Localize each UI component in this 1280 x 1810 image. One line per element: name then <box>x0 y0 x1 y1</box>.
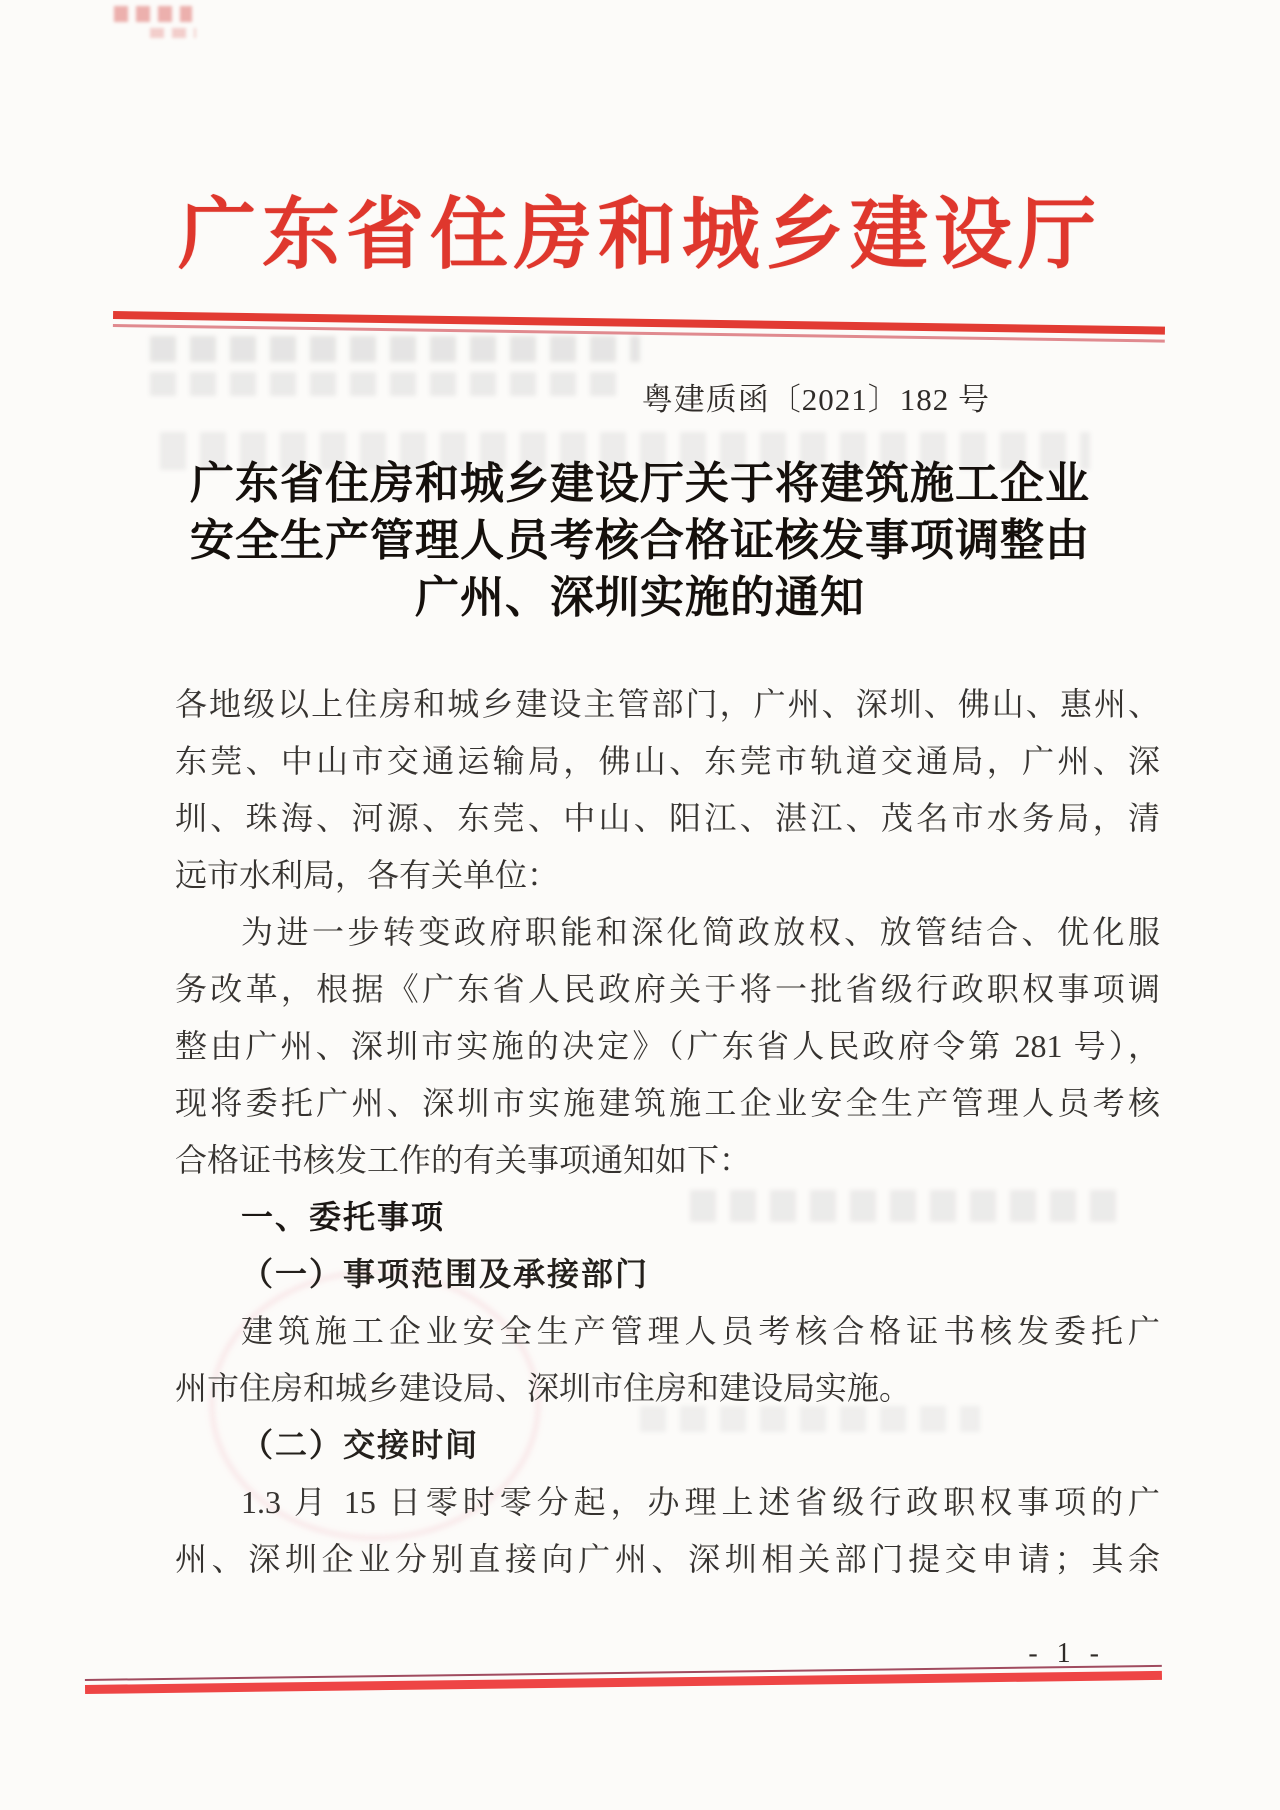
body-line: 1.3 月 15 日零时零分起，办理上述省级行政职权事项的广 <box>175 1474 1160 1531</box>
body-line: 各地级以上住房和城乡建设主管部门，广州、深圳、佛山、惠州、 <box>175 676 1160 733</box>
body-line: 为进一步转变政府职能和深化简政放权、放管结合、优化服 <box>175 904 1160 961</box>
body-line: 州市住房和城乡建设局、深圳市住房和建设局实施。 <box>175 1360 1160 1417</box>
body-line: 现将委托广州、深圳市实施建筑施工企业安全生产管理人员考核 <box>175 1075 1160 1132</box>
bleed-through-artifact <box>150 336 640 362</box>
body-line: 东莞、中山市交通运输局，佛山、东莞市轨道交通局，广州、深 <box>175 733 1160 790</box>
document-reference-number: 粤建质函〔2021〕182 号 <box>115 374 1165 419</box>
notice-title-line-1: 广东省住房和城乡建设厅关于将建筑施工企业 <box>115 455 1165 512</box>
notice-title-line-3: 广州、深圳实施的通知 <box>115 569 1165 626</box>
footer-rule-thick <box>85 1671 1162 1694</box>
body-line: （二）交接时间 <box>175 1417 1160 1474</box>
body-line: 务改革，根据《广东省人民政府关于将一批省级行政职权事项调 <box>175 961 1160 1018</box>
body-line: 一、委托事项 <box>175 1189 1160 1246</box>
scanned-document-page: 广东省住房和城乡建设厅 粤建质函〔2021〕182 号 广东省住房和城乡建设厅关… <box>0 0 1280 1810</box>
body-line: 整由广州、深圳市实施的决定》（广东省人民政府令第 281 号）， <box>175 1018 1160 1075</box>
scan-corner-artifact <box>150 28 196 38</box>
scan-corner-artifact <box>114 6 192 22</box>
notice-title: 广东省住房和城乡建设厅关于将建筑施工企业 安全生产管理人员考核合格证核发事项调整… <box>115 455 1165 626</box>
agency-header-title: 广东省住房和城乡建设厅 <box>115 172 1165 284</box>
document-body: 各地级以上住房和城乡建设主管部门，广州、深圳、佛山、惠州、东莞、中山市交通运输局… <box>175 676 1160 1588</box>
notice-title-line-2: 安全生产管理人员考核合格证核发事项调整由 <box>115 512 1165 569</box>
page-number: - 1 - <box>115 1638 1165 1670</box>
body-line: （一）事项范围及承接部门 <box>175 1246 1160 1303</box>
body-line: 州、深圳企业分别直接向广州、深圳相关部门提交申请；其余 <box>175 1531 1160 1588</box>
body-line: 合格证书核发工作的有关事项通知如下： <box>175 1132 1160 1189</box>
body-line: 圳、珠海、河源、东莞、中山、阳江、湛江、茂名市水务局，清 <box>175 790 1160 847</box>
body-line: 远市水利局，各有关单位： <box>175 847 1160 904</box>
body-line: 建筑施工企业安全生产管理人员考核合格证书核发委托广 <box>175 1303 1160 1360</box>
